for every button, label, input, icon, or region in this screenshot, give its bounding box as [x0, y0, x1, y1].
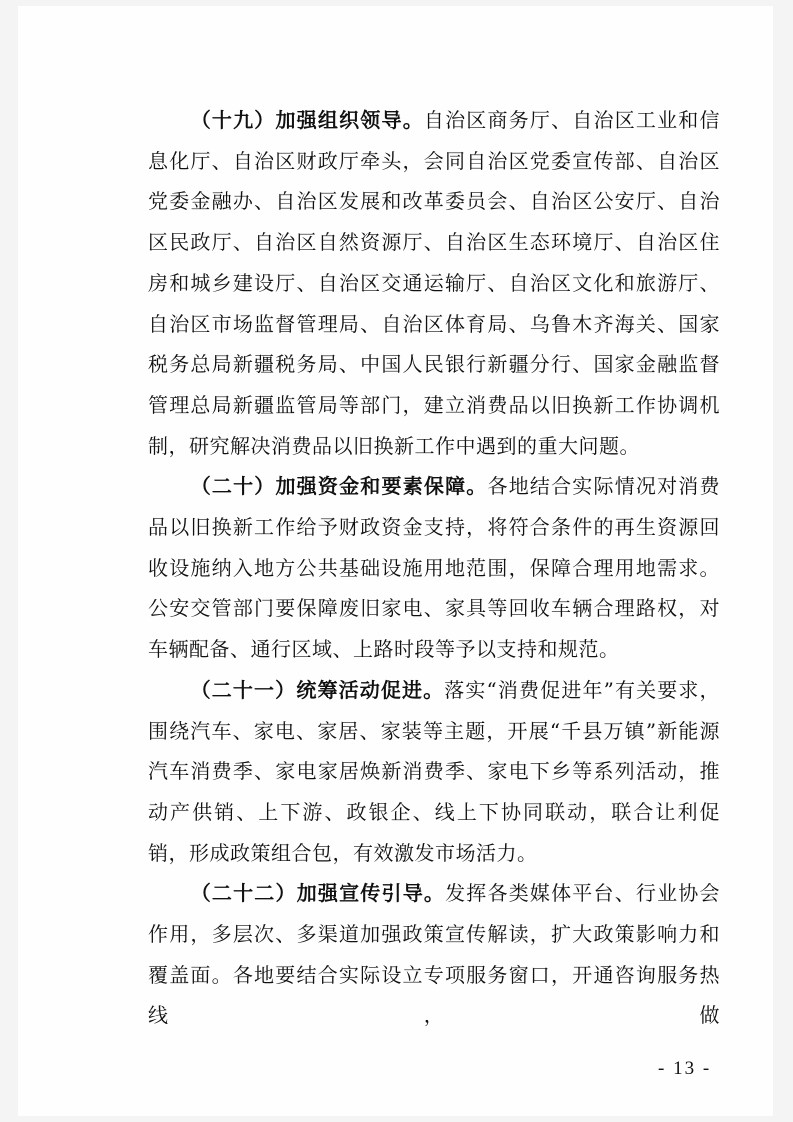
- paragraph-text: 自治区商务厅、自治区工业和信息化厅、自治区财政厅牵头，会同自治区党委宣传部、自治…: [148, 108, 720, 458]
- paragraph-text: 各地结合实际情况对消费品以旧换新工作给予财政资金支持，将符合条件的再生资源回收设…: [148, 474, 720, 661]
- page-number: - 13 -: [658, 1058, 711, 1080]
- paragraph-heading: （二十）加强资金和要素保障。: [190, 474, 488, 498]
- paragraph-funding-guarantee: （二十）加强资金和要素保障。各地结合实际情况对消费品以旧换新工作给予财政资金支持…: [148, 466, 720, 670]
- document-body: （十九）加强组织领导。自治区商务厅、自治区工业和信息化厅、自治区财政厅牵头，会同…: [148, 100, 720, 1036]
- paragraph-organization-leadership: （十九）加强组织领导。自治区商务厅、自治区工业和信息化厅、自治区财政厅牵头，会同…: [148, 100, 720, 466]
- paragraph-publicity-guidance: （二十二）加强宣传引导。发挥各类媒体平台、行业协会作用，多层次、多渠道加强政策宣…: [148, 873, 720, 1036]
- paragraph-activity-promotion: （二十一）统筹活动促进。落实“消费促进年”有关要求，围绕汽车、家电、家居、家装等…: [148, 670, 720, 874]
- paragraph-heading: （十九）加强组织领导。: [190, 108, 424, 132]
- document-page: （十九）加强组织领导。自治区商务厅、自治区工业和信息化厅、自治区财政厅牵头，会同…: [18, 6, 773, 1116]
- paragraph-heading: （二十二）加强宣传引导。: [190, 881, 445, 905]
- paragraph-heading: （二十一）统筹活动促进。: [190, 678, 444, 702]
- paragraph-text: 落实“消费促进年”有关要求，围绕汽车、家电、家居、家装等主题，开展“千县万镇”新…: [148, 678, 720, 865]
